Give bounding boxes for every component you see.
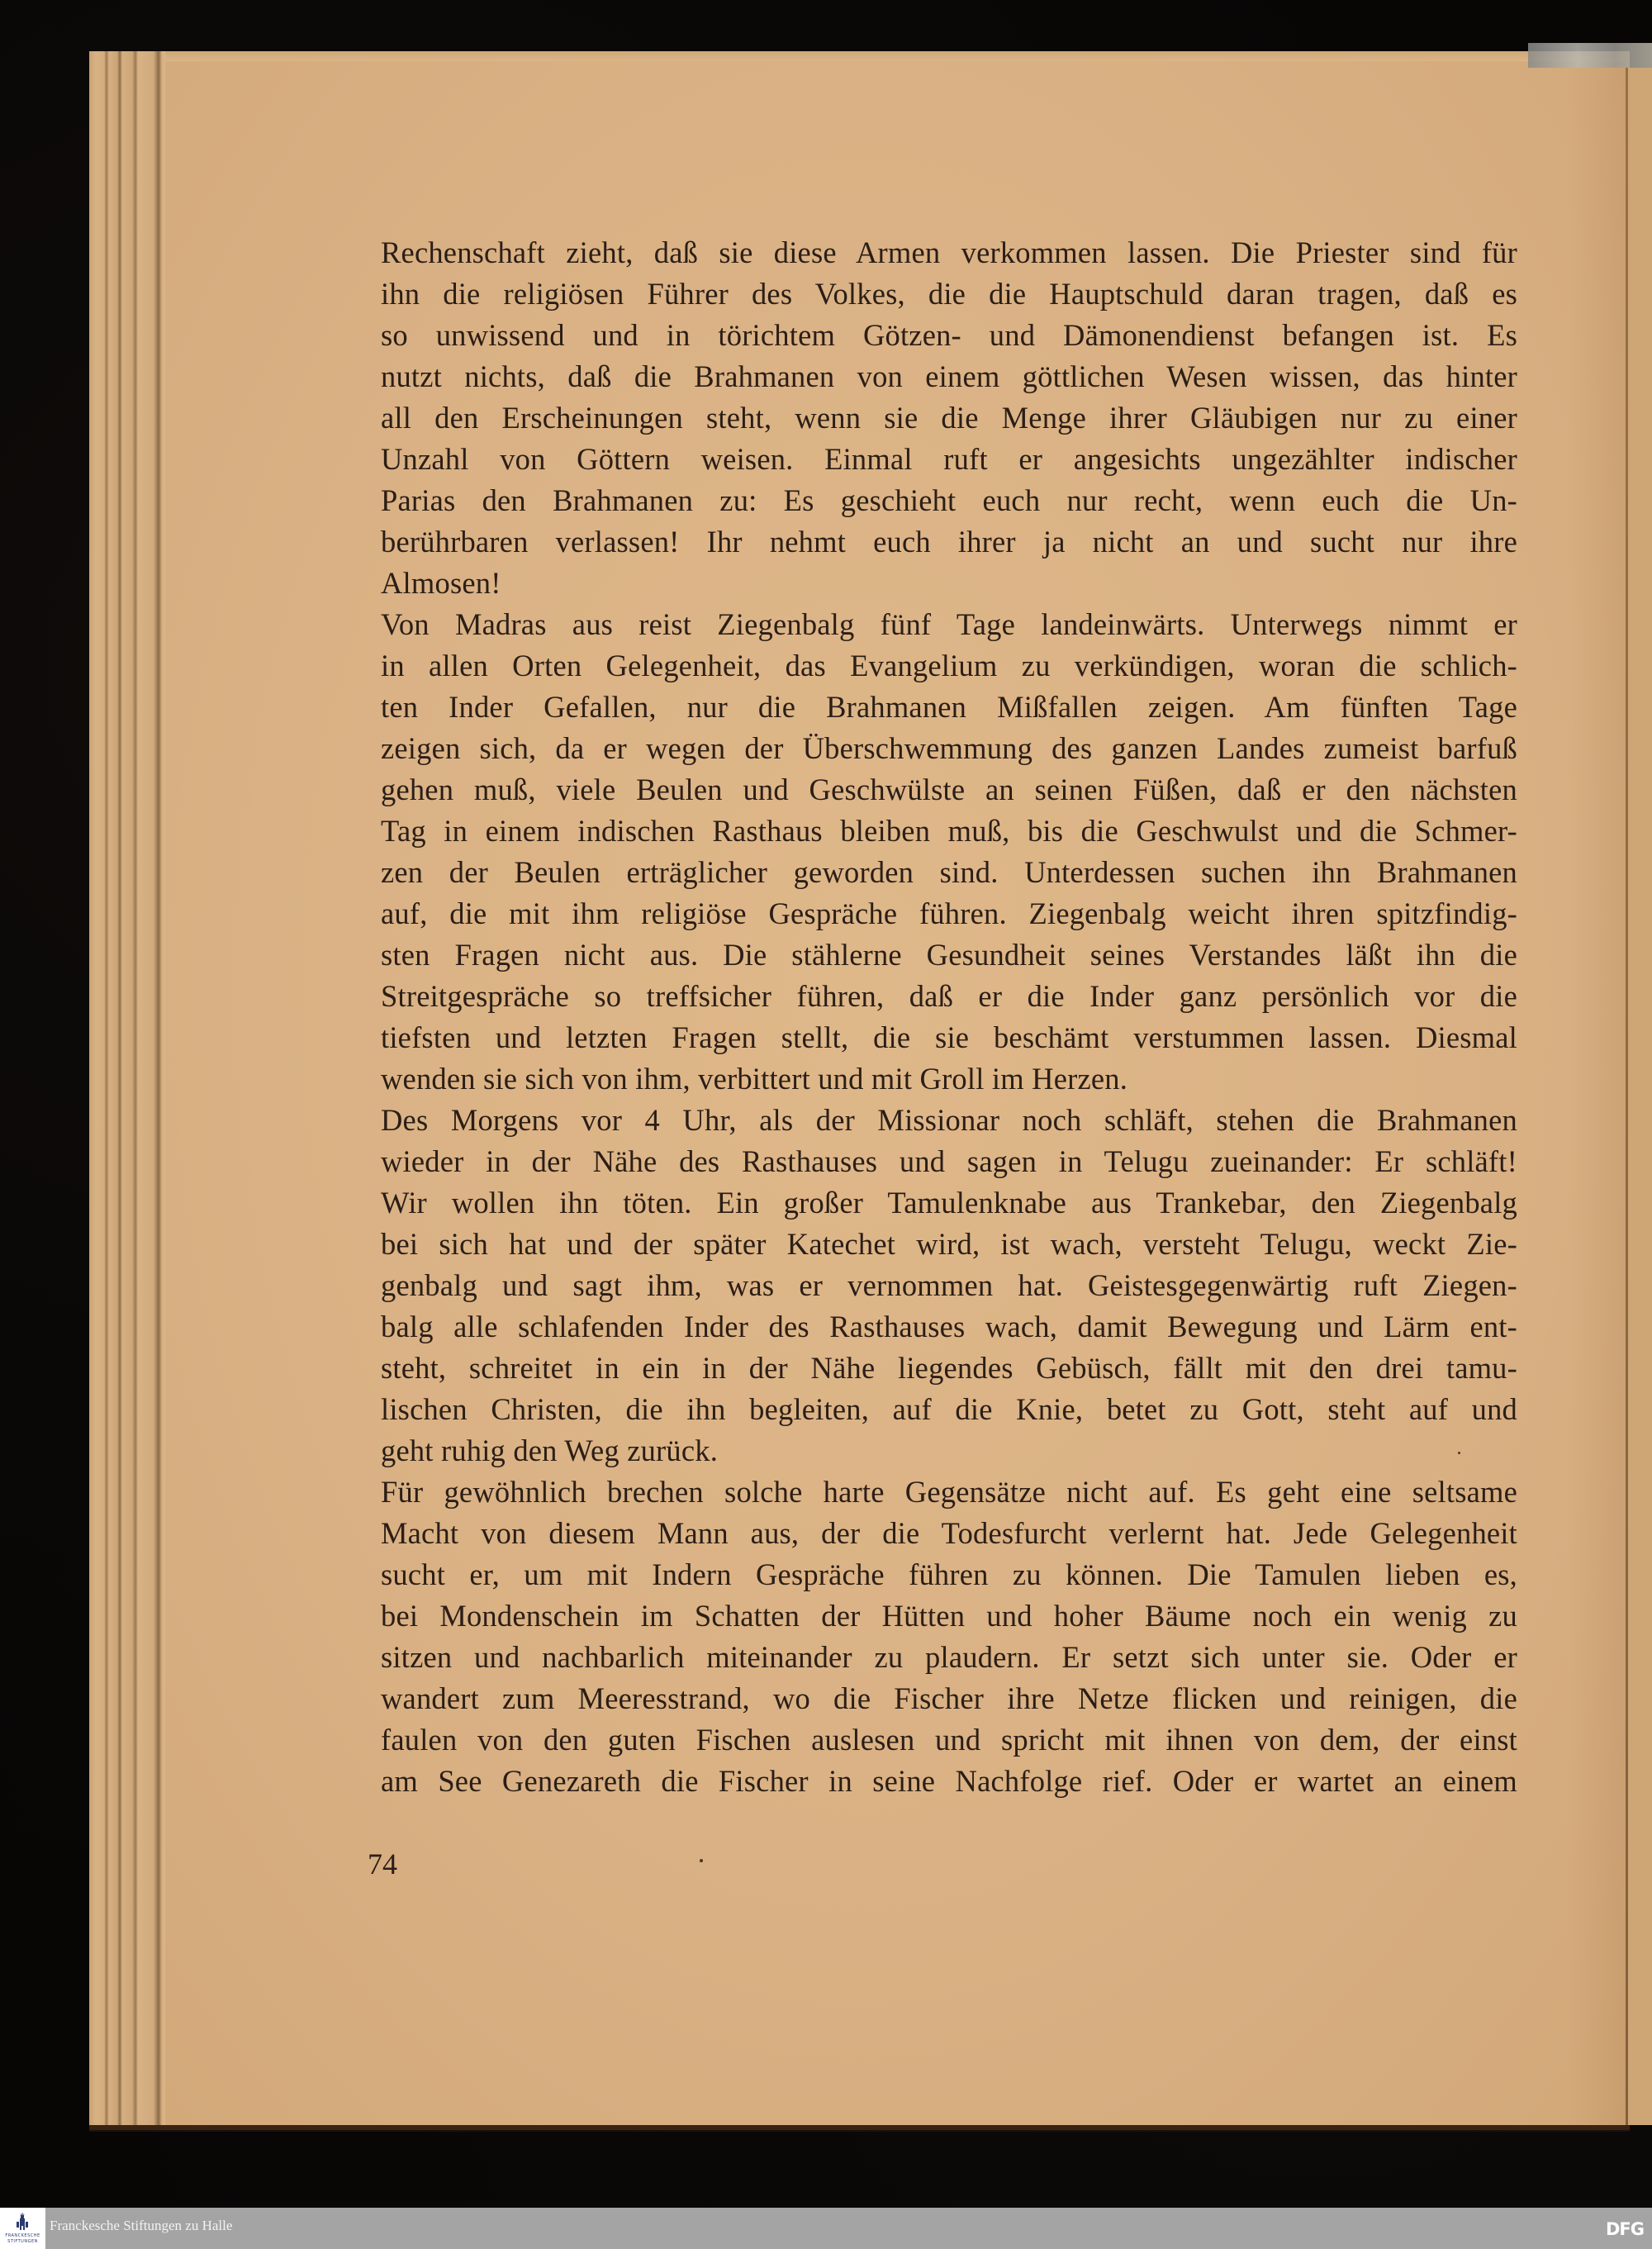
logo-caption-line1: FRANCKESCHE [2,2233,44,2239]
paper-speck [1458,1452,1460,1454]
text-line: am See Genezareth die Fischer in seine N… [381,1761,1517,1802]
text-line: ihn die religiösen Führer des Volkes, di… [381,273,1517,315]
logo-caption: FRANCKESCHE STIFTUNGEN [2,2233,44,2245]
gutter-shadow [1568,51,1630,2125]
text-line: wandert zum Meeresstrand, wo die Fischer… [381,1678,1517,1719]
text-line: genbalg und sagt ihm, was er vernommen h… [381,1265,1517,1306]
text-line: nutzt nichts, daß die Brahmanen von eine… [381,356,1517,397]
text-line: sucht er, um mit Indern Gespräche führen… [381,1554,1517,1595]
text-line: geht ruhig den Weg zurück. [381,1430,1517,1472]
paper-speck [700,1859,703,1862]
dfg-logo[interactable]: DFG [1606,2219,1644,2239]
text-line: bei Mondenschein im Schatten der Hütten … [381,1595,1517,1637]
body-text: Rechenschaft zieht, daß sie diese Armen … [381,232,1517,1802]
logo-caption-line2: STIFTUNGEN [2,2239,44,2245]
text-line: lischen Christen, die ihn begleiten, auf… [381,1389,1517,1430]
stacked-page-edges [89,51,165,2125]
text-line: sten Fragen nicht aus. Die stählerne Ges… [381,934,1517,976]
text-line: zeigen sich, da er wegen der Überschwemm… [381,728,1517,769]
text-line: zen der Beulen erträglicher geworden sin… [381,852,1517,893]
text-line: steht, schreitet in ein in der Nähe lieg… [381,1348,1517,1389]
text-line: Tag in einem indischen Rasthaus bleiben … [381,811,1517,852]
page-number: 74 [368,1847,397,1881]
text-line: Wir wollen ihn töten. Ein großer Tamulen… [381,1182,1517,1224]
text-line: tiefsten und letzten Fragen stellt, die … [381,1017,1517,1058]
text-line: all den Erscheinungen steht, wenn sie di… [381,397,1517,439]
text-line: Von Madras aus reist Ziegenbalg fünf Tag… [381,604,1517,645]
text-line: Für gewöhnlich brechen solche harte Gege… [381,1472,1517,1513]
text-line: auf, die mit ihm religiöse Gespräche füh… [381,893,1517,934]
viewer-footer-bar: FRANCKESCHE STIFTUNGEN Franckesche Stift… [0,2208,1652,2249]
francke-figure-icon [17,2213,28,2231]
text-line: sitzen und nachbarlich miteinander zu pl… [381,1637,1517,1678]
text-line: gehen muß, viele Beulen und Geschwülste … [381,769,1517,811]
text-line: Almosen! [381,563,1517,604]
binding-thread [1528,43,1652,68]
text-line: wieder in der Nähe des Rasthauses und sa… [381,1141,1517,1182]
text-line: ten Inder Gefallen, nur die Brahmanen Mi… [381,687,1517,728]
text-line: Parias den Brahmanen zu: Es geschieht eu… [381,480,1517,521]
text-line: berührbaren verlassen! Ihr nehmt euch ih… [381,521,1517,563]
text-line: Rechenschaft zieht, daß sie diese Armen … [381,232,1517,273]
text-line: faulen von den guten Fischen auslesen un… [381,1719,1517,1761]
institution-logo[interactable]: FRANCKESCHE STIFTUNGEN [0,2208,45,2249]
text-line: Macht von diesem Mann aus, der die Todes… [381,1513,1517,1554]
page-top-edge [89,51,1630,61]
text-line: Unzahl von Göttern weisen. Einmal ruft e… [381,439,1517,480]
text-line: Des Morgens vor 4 Uhr, als der Missionar… [381,1100,1517,1141]
institution-name[interactable]: Franckesche Stiftungen zu Halle [50,2218,232,2234]
text-line: so unwissend und in törichtem Götzen- un… [381,315,1517,356]
text-line: bei sich hat und der später Katechet wir… [381,1224,1517,1265]
text-line: balg alle schlafenden Inder des Rasthaus… [381,1306,1517,1348]
text-line: wenden sie sich von ihm, verbittert und … [381,1058,1517,1100]
text-line: Streitgespräche so treffsicher führen, d… [381,976,1517,1017]
adjacent-page-strip [1628,68,1652,2125]
text-line: in allen Orten Gelegenheit, das Evangeli… [381,645,1517,687]
